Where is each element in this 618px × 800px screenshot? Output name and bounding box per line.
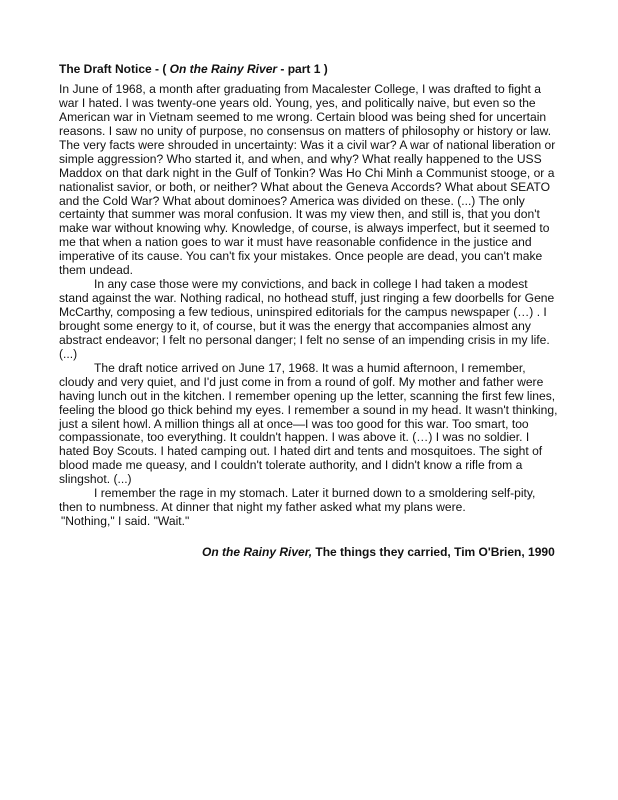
text-line: cloudy and very quiet, and I'd just come… (59, 376, 559, 390)
text-line: reasons. I saw no unity of purpose, no c… (59, 125, 559, 139)
document-page: The Draft Notice - ( On the Rainy River … (59, 62, 559, 529)
text-line: Maddox on that dark night in the Gulf of… (59, 167, 559, 181)
text-line: feeling the blood go thick behind my eye… (59, 404, 559, 418)
text-line-indented: The draft notice arrived on June 17, 196… (59, 362, 559, 376)
text-line: just a silent howl. A million things all… (59, 418, 559, 432)
text-line-indented: I remember the rage in my stomach. Later… (59, 487, 559, 501)
text-line: simple aggression? Who started it, and w… (59, 153, 559, 167)
text-line: imperative of its cause. You can't fix y… (59, 250, 559, 264)
attribution: On the Rainy River, The things they carr… (202, 545, 555, 559)
text-line: make war without knowing why. Knowledge,… (59, 222, 559, 236)
text-line: brought some energy to it, of course, bu… (59, 320, 559, 334)
text-line: compassionate, too everything. It couldn… (59, 431, 559, 445)
text-line: certainty that summer was moral confusio… (59, 208, 559, 222)
text-line: stand against the war. Nothing radical, … (59, 292, 559, 306)
document-body: In June of 1968, a month after graduatin… (59, 83, 559, 529)
text-line: then to numbness. At dinner that night m… (59, 501, 559, 515)
text-line: The very facts were shrouded in uncertai… (59, 139, 559, 153)
document-title: The Draft Notice - ( On the Rainy River … (59, 62, 559, 76)
title-suffix: - part 1 ) (277, 62, 328, 76)
text-line: McCarthy, composing a few tedious, unins… (59, 306, 559, 320)
text-line: having lunch out in the kitchen. I remem… (59, 390, 559, 404)
attribution-source: The things they carried, Tim O'Brien, 19… (312, 545, 555, 559)
text-line: In June of 1968, a month after graduatin… (59, 83, 559, 97)
text-line-indented: In any case those were my convictions, a… (59, 278, 559, 292)
text-line: me that when a nation goes to war it mus… (59, 236, 559, 250)
attribution-work-title: On the Rainy River, (202, 545, 312, 559)
title-italic-work: On the Rainy River (170, 62, 277, 76)
text-line: hated Boy Scouts. I hated camping out. I… (59, 445, 559, 459)
text-line: American war in Vietnam seemed to me wro… (59, 111, 559, 125)
title-prefix: The Draft Notice - ( (59, 62, 170, 76)
text-line-quote: "Nothing," I said. "Wait." (59, 515, 559, 529)
text-line: abstract endeavor; I felt no personal da… (59, 334, 559, 348)
text-line: slingshot. (...) (59, 473, 559, 487)
text-line: war I hated. I was twenty-one years old.… (59, 97, 559, 111)
text-line: blood made me queasy, and I couldn't tol… (59, 459, 559, 473)
text-line: and the Cold War? What about dominoes? A… (59, 195, 559, 209)
text-line: nationalist savior, or both, or neither?… (59, 181, 559, 195)
text-line: (...) (59, 348, 559, 362)
text-line: them undead. (59, 264, 559, 278)
